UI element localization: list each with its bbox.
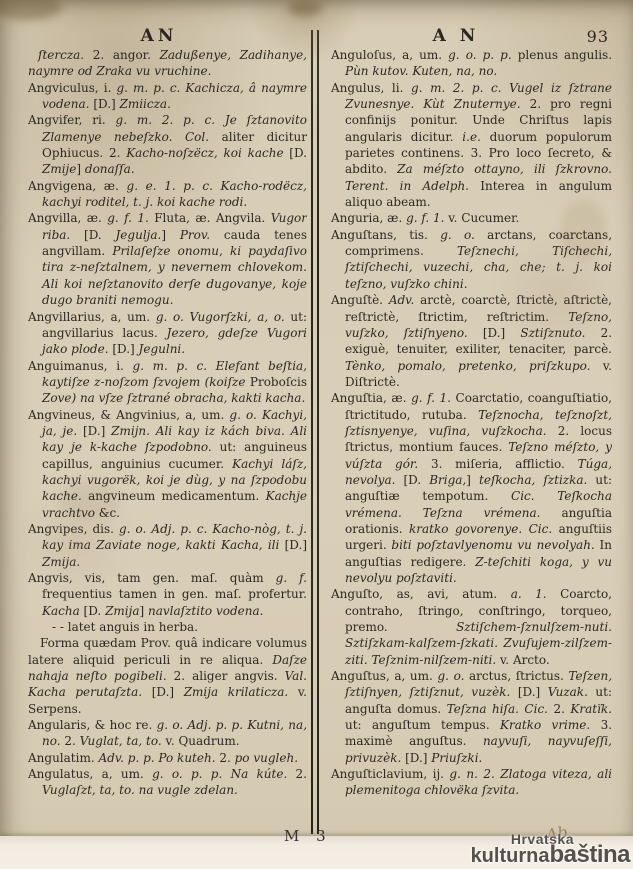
entry-segment: Angvis, vis, tam gen. maſ. quàm bbox=[28, 571, 276, 585]
entry-segment: Priuſzki. bbox=[431, 751, 482, 765]
entry-segment: [D.] bbox=[93, 97, 119, 111]
entry-segment: [D. bbox=[289, 146, 307, 160]
watermark-bastina: baština bbox=[549, 841, 630, 868]
entry-segment: Pùn kutov. Kuten, na, no. bbox=[345, 64, 497, 78]
dictionary-entry: Anguimanus, i. g. m. p. c. Elefant beſti… bbox=[28, 358, 307, 407]
page-number: 93 bbox=[587, 27, 609, 46]
entry-segment: i.e. bbox=[462, 130, 489, 144]
dictionary-entry: - - latet anguis in herba. bbox=[28, 619, 307, 635]
entry-segment: [D. bbox=[84, 228, 115, 242]
entry-segment: Anguſto, as, avi, atum. bbox=[331, 587, 511, 601]
stain bbox=[288, 0, 322, 16]
entry-segment: Vuzak. bbox=[548, 685, 596, 699]
entry-segment: Angvilla, æ. bbox=[28, 211, 107, 225]
dictionary-entry: Angvineus, & Angvinius, a, um. g. o. Kac… bbox=[28, 407, 307, 521]
entry-segment: Fluta, æ. Angvila. bbox=[154, 211, 270, 225]
entry-segment: [D. bbox=[84, 604, 106, 618]
entry-segment: g. f. 1. bbox=[411, 391, 455, 405]
column-divider bbox=[311, 30, 313, 834]
entry-segment: [D.] bbox=[518, 685, 548, 699]
entry-segment: v. Arcto. bbox=[500, 653, 550, 667]
entry-segment: plenus angulis. bbox=[518, 48, 612, 62]
entry-segment: 3. miſeria, afflictio. bbox=[431, 457, 578, 471]
column-divider bbox=[317, 30, 319, 834]
dictionary-entry: Anguſtia, æ. g. f. 1. Coarctatio, coangu… bbox=[331, 390, 612, 586]
entry-segment: 2. bbox=[553, 702, 570, 716]
entry-segment: Forma quædam Prov. quâ indicare volumus … bbox=[28, 636, 307, 666]
dictionary-entry: Angulatus, a, um. g. o. p. p. Na kúte. 2… bbox=[28, 766, 307, 799]
entry-segment: Adv. p. p. Po kuteh. bbox=[98, 751, 219, 765]
entry-segment: 2. bbox=[296, 767, 307, 781]
right-column: Anguloſus, a, um. g. o. p. p. plenus ang… bbox=[331, 47, 612, 835]
running-head-right: A N bbox=[331, 26, 581, 46]
watermark: Hrvatska kulturnabaština bbox=[471, 833, 630, 868]
entry-segment: v. Quadrum. bbox=[165, 734, 239, 748]
entry-segment: 2. aliger angvis. bbox=[174, 669, 285, 683]
entry-segment: Anguloſus, a, um. bbox=[331, 48, 448, 62]
dictionary-entry: Anguſtus, a, um. g. o. arctus, ſtrictus.… bbox=[331, 668, 612, 766]
entry-segment: 2. angor. bbox=[93, 48, 160, 62]
entry-segment: g. f. 1. bbox=[107, 211, 154, 225]
entry-segment: 2. bbox=[64, 734, 79, 748]
entry-segment: ] bbox=[466, 473, 479, 487]
entry-segment: Angvipes, dis. bbox=[28, 522, 119, 536]
watermark-kulturna: kulturna bbox=[471, 845, 550, 867]
entry-segment: Anguſtans, tis. bbox=[331, 228, 440, 242]
entry-segment: [D.] bbox=[285, 538, 307, 552]
entry-segment: Angvifer, ri. bbox=[28, 113, 116, 127]
entry-segment: ] bbox=[140, 604, 149, 618]
entry-segment: g. f. 1. bbox=[406, 211, 448, 225]
dictionary-entry: Anguſtans, tis. g. o. arctans, coarctans… bbox=[331, 227, 612, 292]
entry-segment: [D.] bbox=[152, 685, 184, 699]
entry-segment: Zmije bbox=[42, 162, 76, 176]
entry-segment: [D.] bbox=[405, 751, 431, 765]
entry-segment: Teſzna hiſa. Cic. bbox=[447, 702, 554, 716]
entry-segment: Tènko, pomalo, pretenko, priſzkupo. bbox=[345, 359, 603, 373]
entry-segment: Kratïk. bbox=[570, 702, 612, 716]
entry-segment: [D.] bbox=[112, 342, 138, 356]
entry-segment: biti poſztavlyenomu vu nevolyah. bbox=[391, 538, 599, 552]
entry-segment: Zmija. bbox=[42, 555, 80, 569]
watermark-line2: kulturnabaština bbox=[471, 845, 630, 868]
dictionary-entry: Anguſto, as, avi, atum. a. 1. Coarcto, c… bbox=[331, 586, 612, 668]
dictionary-entry: Angvillarius, a, um. g. o. Vugorſzki, a,… bbox=[28, 309, 307, 358]
dictionary-entry: Angviculus, i. g. m. p. c. Kachicza, â n… bbox=[28, 80, 307, 113]
entry-segment: a. 1. bbox=[511, 587, 560, 601]
dictionary-entry: Angvilla, æ. g. f. 1. Fluta, æ. Angvila.… bbox=[28, 210, 307, 308]
entry-segment: [D.] bbox=[83, 424, 111, 438]
entry-segment: Briga, bbox=[429, 473, 466, 487]
entry-segment: Proboſcis bbox=[250, 375, 307, 389]
entry-segment: Angulatus, a, um. bbox=[28, 767, 152, 781]
entry-segment: ] bbox=[76, 162, 85, 176]
entry-segment: g. o. bbox=[437, 669, 469, 683]
dictionary-entry: ſtercza. 2. angor. Zadußenye, Zadihanye,… bbox=[28, 47, 307, 80]
entry-segment: &c. bbox=[99, 506, 120, 520]
dictionary-entry: Angularis, & hoc re. g. o. Adj. p. p. Ku… bbox=[28, 717, 307, 750]
entry-segment: - - latet anguis in herba. bbox=[52, 620, 198, 634]
dictionary-entry: Angvigena, æ. g. e. 1. p. c. Kacho-rodëc… bbox=[28, 178, 307, 211]
entry-segment: g. o. Vugorſzki, a, o. bbox=[156, 310, 291, 324]
entry-segment: Angvillarius, a, um. bbox=[28, 310, 156, 324]
entry-segment: [D. bbox=[403, 473, 429, 487]
running-head-left: AN bbox=[20, 26, 298, 46]
entry-segment: [D.] bbox=[483, 326, 521, 340]
entry-segment: teſkocha, ſztizka. bbox=[479, 473, 595, 487]
entry-segment: Kacho-noſzëcz, koi kache bbox=[126, 146, 289, 160]
entry-segment: Vuglaſzt, ta, to. na vugle zdelan. bbox=[42, 783, 238, 797]
entry-segment: Adv. bbox=[389, 293, 420, 307]
entry-segment: g. o. p. p. bbox=[448, 48, 518, 62]
dictionary-entry: Anguria, æ. g. f. 1. v. Cucumer. bbox=[331, 210, 612, 226]
dictionary-entry: Angvipes, dis. g. o. Adj. p. c. Kacho-nò… bbox=[28, 521, 307, 570]
entry-segment: Angviculus, i. bbox=[28, 81, 116, 95]
dictionary-entry: Anguſtè. Adv. arctè, coarctè, ſtrictè, a… bbox=[331, 292, 612, 390]
entry-segment: Zmija krilaticza. bbox=[184, 685, 298, 699]
entry-segment: kratko govorenye. Cic. bbox=[409, 522, 559, 536]
entry-segment: Anguſtè. bbox=[331, 293, 389, 307]
entry-segment: Anguimanus, i. bbox=[28, 359, 133, 373]
entry-segment: v. Cucumer. bbox=[448, 211, 519, 225]
left-column: ſtercza. 2. angor. Zadußenye, Zadihanye,… bbox=[28, 47, 307, 835]
stain bbox=[0, 0, 62, 20]
entry-segment: Zmija bbox=[105, 604, 139, 618]
entry-segment: frequentius tamen in gen. maſ. profertur… bbox=[42, 587, 307, 601]
entry-segment: g. o. p. p. Na kúte. bbox=[152, 767, 295, 781]
entry-segment: Angvineus, & Angvinius, a, um. bbox=[28, 408, 229, 422]
entry-segment: Zove) na vſze ſztrané obracha, kakti kac… bbox=[42, 391, 305, 405]
entry-segment: Angulatim. bbox=[28, 751, 98, 765]
dictionary-entry: Angulatim. Adv. p. p. Po kuteh. 2. po vu… bbox=[28, 750, 307, 766]
dictionary-entry: Angvifer, ri. g. m. 2. p. c. Je ſztanovi… bbox=[28, 112, 307, 177]
entry-segment: ] bbox=[161, 228, 179, 242]
entry-segment: ut: anguſtum tempus. bbox=[345, 718, 500, 732]
entry-segment: Angulus, li. bbox=[331, 81, 411, 95]
dictionary-entry: Angvis, vis, tam gen. maſ. quàm g. f. fr… bbox=[28, 570, 307, 619]
page-scan: AN A N 93 ſtercza. 2. angor. Zadußenye, … bbox=[0, 0, 633, 869]
entry-segment: donaſſa. bbox=[85, 162, 135, 176]
entry-segment: ſtercza. bbox=[38, 48, 93, 62]
entry-segment: Sztiſznuto. bbox=[520, 326, 600, 340]
entry-segment: Angularis, & hoc re. bbox=[28, 718, 157, 732]
entry-segment: Anguſtia, æ. bbox=[331, 391, 411, 405]
entry-segment: Angvigena, æ. bbox=[28, 179, 127, 193]
entry-segment: Prov. bbox=[180, 228, 224, 242]
entry-segment: Zmiicza. bbox=[120, 97, 171, 111]
entry-segment: Jegulja. bbox=[116, 228, 162, 242]
dictionary-entry: Anguloſus, a, um. g. o. p. p. plenus ang… bbox=[331, 47, 612, 80]
signature-mark: M 3 bbox=[284, 827, 332, 845]
entry-segment: 2. bbox=[219, 751, 234, 765]
entry-segment: Anguſticlavium, ij. bbox=[331, 767, 449, 781]
entry-segment: g. f. bbox=[276, 571, 307, 585]
dictionary-entry: Anguſticlavium, ij. g. n. 2. Zlatoga vit… bbox=[331, 766, 612, 799]
entry-segment: Anguria, æ. bbox=[331, 211, 406, 225]
dictionary-entry: Forma quædam Prov. quâ indicare volumus … bbox=[28, 635, 307, 717]
entry-segment: po vugleh. bbox=[235, 751, 298, 765]
entry-segment: Anguſtus, a, um. bbox=[331, 669, 437, 683]
entry-segment: navlaſztito vodena. bbox=[148, 604, 263, 618]
entry-segment: Kacha bbox=[42, 604, 84, 618]
entry-segment: g. o. bbox=[440, 228, 487, 242]
entry-segment: angvineum medicamentum. bbox=[88, 489, 266, 503]
entry-segment: Jegulni. bbox=[139, 342, 186, 356]
dictionary-entry: Angulus, li. g. m. 2. p. c. Vugel iz ſzt… bbox=[331, 80, 612, 211]
entry-segment: arctus, ſtrictus. bbox=[469, 669, 568, 683]
entry-segment: Kratko vrime. bbox=[500, 718, 601, 732]
entry-segment: Vuglat, ta, to. bbox=[80, 734, 166, 748]
